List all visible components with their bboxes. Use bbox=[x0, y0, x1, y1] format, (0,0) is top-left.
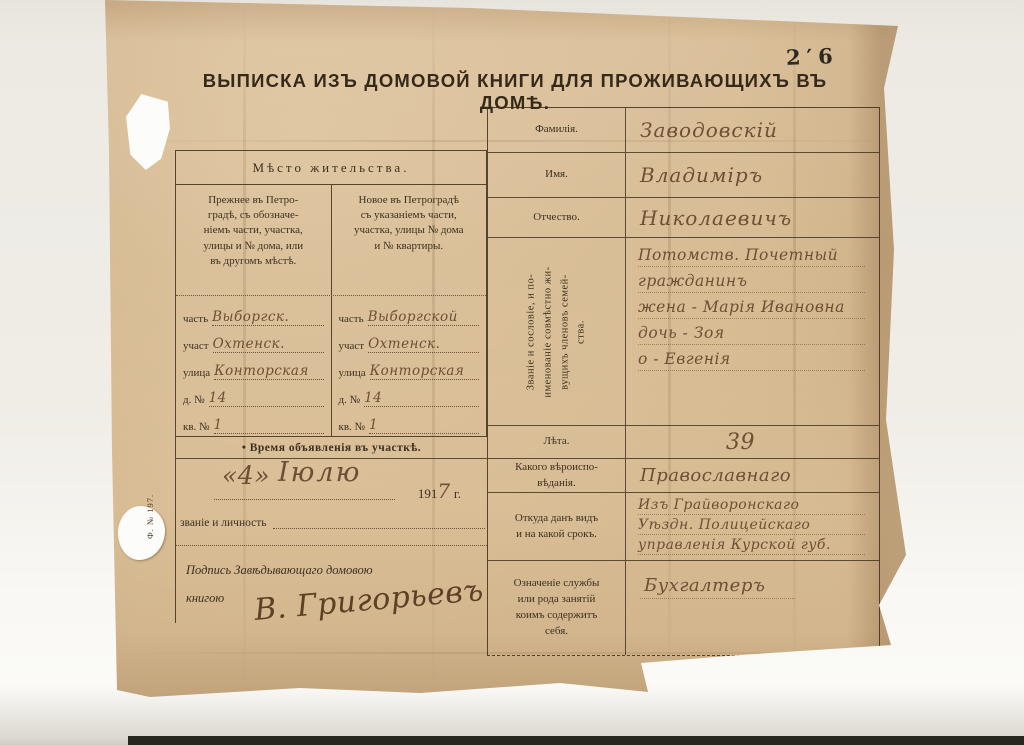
year-digit-handwritten: 7 bbox=[437, 479, 450, 503]
field-label: часть bbox=[183, 313, 208, 326]
ink-dot: • bbox=[242, 442, 247, 454]
family-member-handwritten: дочь - Зоя bbox=[638, 324, 865, 345]
field-row-part: часть Выборгской bbox=[339, 299, 480, 326]
row-surname: Фамилія. Заводовскій bbox=[488, 108, 879, 153]
row-passport-origin: Откуда данъ видъ и на какой срокъ. Изъ Г… bbox=[488, 493, 879, 561]
field-value-handwritten: Конторская bbox=[370, 364, 479, 380]
field-value-handwritten: Охтенск. bbox=[213, 337, 324, 353]
declaration-header: • Время объявленія въ участкѣ. bbox=[176, 437, 487, 459]
passport-origin-values: Изъ Грайворонскаго Уѣздн. Полицейскаго у… bbox=[626, 493, 879, 560]
surname-label: Фамилія. bbox=[488, 108, 626, 152]
scanned-document-scene: ВЫПИСКА ИЗЪ ДОМОВОЙ КНИГИ ДЛЯ ПРОЖИВАЮЩИ… bbox=[0, 0, 1024, 745]
dotted-line bbox=[214, 499, 395, 500]
previous-address-fields: часть Выборгск. участ Охтенск. улица Кон… bbox=[176, 296, 332, 436]
residence-column-headers: Прежнее въ Петро- градѣ, съ обозначе- ні… bbox=[176, 185, 486, 295]
declaration-section: • Время объявленія въ участкѣ. «4» Іюлю … bbox=[175, 437, 487, 623]
rank-identity-label: званіе и личность bbox=[180, 517, 267, 529]
year-printed: 191 bbox=[418, 486, 438, 501]
field-row-street: улица Конторская bbox=[339, 353, 480, 380]
rank-family-values: Потомств. Почетный гражданинъ жена - Мар… bbox=[626, 238, 879, 425]
declaration-date-row: «4» Іюлю 1917 г. bbox=[176, 459, 487, 511]
date-day-handwritten: «4» bbox=[222, 461, 270, 490]
origin-line-handwritten: Уѣздн. Полицейскаго bbox=[638, 517, 865, 535]
rank-line-handwritten: гражданинъ bbox=[638, 272, 865, 293]
field-row-flat: кв. № 1 bbox=[183, 407, 324, 434]
field-label: улица bbox=[339, 367, 366, 380]
occupation-value-handwritten: Бухгалтеръ bbox=[640, 575, 795, 599]
field-row-house: д. № 14 bbox=[339, 380, 480, 407]
residence-table: Мѣсто жительства. Прежнее въ Петро- град… bbox=[175, 150, 487, 437]
field-value-handwritten: 1 bbox=[369, 418, 479, 434]
field-label: участ bbox=[183, 340, 209, 353]
new-address-header: Новое въ Петроградѣ съ указаніемъ части,… bbox=[332, 185, 487, 295]
row-patronymic: Отчество. Николаевичъ bbox=[488, 198, 879, 238]
rank-line-handwritten: Потомств. Почетный bbox=[638, 246, 865, 267]
field-value-handwritten: Выборгск. bbox=[212, 310, 323, 326]
field-value-handwritten: Конторская bbox=[214, 364, 323, 380]
origin-line-handwritten: управленія Курской губ. bbox=[638, 537, 865, 555]
date-year: 1917 г. bbox=[418, 479, 461, 503]
field-label: кв. № bbox=[183, 421, 210, 434]
field-value-handwritten: 14 bbox=[209, 391, 324, 407]
rank-family-label-vertical: Званіе и сословіе, и по- именованіе совм… bbox=[523, 244, 590, 420]
field-row-flat: кв. № 1 bbox=[339, 407, 480, 434]
occupation-label: Означеніе службы или рода занятій коимъ … bbox=[488, 561, 626, 655]
field-label: д. № bbox=[183, 394, 205, 407]
previous-address-header: Прежнее въ Петро- градѣ, съ обозначе- ні… bbox=[176, 185, 332, 295]
field-label: улица bbox=[183, 367, 210, 380]
patronymic-label: Отчество. bbox=[488, 198, 626, 237]
row-faith: Какого вѣроиспо- вѣданія. Православнаго bbox=[488, 459, 879, 493]
field-value-handwritten: 1 bbox=[214, 418, 324, 434]
passport-origin-label: Откуда данъ видъ и на какой срокъ. bbox=[488, 493, 626, 560]
person-table: Фамилія. Заводовскій Имя. Владиміръ Отче… bbox=[487, 107, 880, 656]
row-age: Лѣта. 39 bbox=[488, 426, 879, 459]
dotted-line bbox=[273, 515, 485, 529]
date-month-handwritten: Іюлю bbox=[278, 457, 361, 488]
family-member-handwritten: о - Евгенія bbox=[638, 350, 865, 371]
family-member-handwritten: жена - Марія Ивановна bbox=[638, 298, 865, 319]
field-row-street: улица Конторская bbox=[183, 353, 324, 380]
stamped-number: 2′6 bbox=[786, 43, 840, 70]
origin-line-handwritten: Изъ Грайворонскаго bbox=[638, 497, 865, 515]
rank-family-label-cell: Званіе и сословіе, и по- именованіе совм… bbox=[488, 238, 626, 425]
residence-table-header: Мѣсто жительства. bbox=[176, 151, 486, 185]
field-row-precinct: участ Охтенск. bbox=[339, 326, 480, 353]
field-value-handwritten: Охтенск. bbox=[368, 337, 479, 353]
rank-identity-row: званіе и личность bbox=[176, 511, 487, 529]
firstname-value-handwritten: Владиміръ bbox=[640, 163, 763, 187]
faith-value-handwritten: Православнаго bbox=[640, 465, 791, 486]
year-suffix: г. bbox=[451, 486, 461, 501]
firstname-label: Имя. bbox=[488, 153, 626, 197]
torn-hole bbox=[126, 94, 170, 170]
declaration-header-text: Время объявленія въ участкѣ. bbox=[250, 442, 421, 454]
field-row-part: часть Выборгск. bbox=[183, 299, 324, 326]
age-label: Лѣта. bbox=[488, 426, 626, 458]
form-number-sidenote: Ф. № 197. bbox=[145, 467, 159, 539]
signature-block: Подпись Завѣдывающаго домовою книгою В. … bbox=[176, 546, 487, 612]
surname-value-handwritten: Заводовскій bbox=[640, 118, 778, 142]
row-rank-family: Званіе и сословіе, и по- именованіе совм… bbox=[488, 238, 879, 426]
field-row-house: д. № 14 bbox=[183, 380, 324, 407]
faith-label: Какого вѣроиспо- вѣданія. bbox=[488, 459, 626, 492]
field-value-handwritten: 14 bbox=[364, 391, 479, 407]
row-occupation: Означеніе службы или рода занятій коимъ … bbox=[488, 561, 879, 655]
row-firstname: Имя. Владиміръ bbox=[488, 153, 879, 198]
scanner-edge-strip bbox=[128, 736, 1024, 745]
age-value-handwritten: 39 bbox=[726, 430, 755, 455]
paper-sheet: ВЫПИСКА ИЗЪ ДОМОВОЙ КНИГИ ДЛЯ ПРОЖИВАЮЩИ… bbox=[0, 0, 1024, 745]
field-label: д. № bbox=[339, 394, 361, 407]
residence-fields: часть Выборгск. участ Охтенск. улица Кон… bbox=[176, 295, 486, 436]
field-label: кв. № bbox=[339, 421, 366, 434]
field-row-precinct: участ Охтенск. bbox=[183, 326, 324, 353]
new-address-fields: часть Выборгской участ Охтенск. улица Ко… bbox=[332, 296, 487, 436]
field-label: участ bbox=[339, 340, 365, 353]
patronymic-value-handwritten: Николаевичъ bbox=[640, 206, 792, 230]
field-value-handwritten: Выборгской bbox=[368, 310, 479, 326]
field-label: часть bbox=[339, 313, 364, 326]
